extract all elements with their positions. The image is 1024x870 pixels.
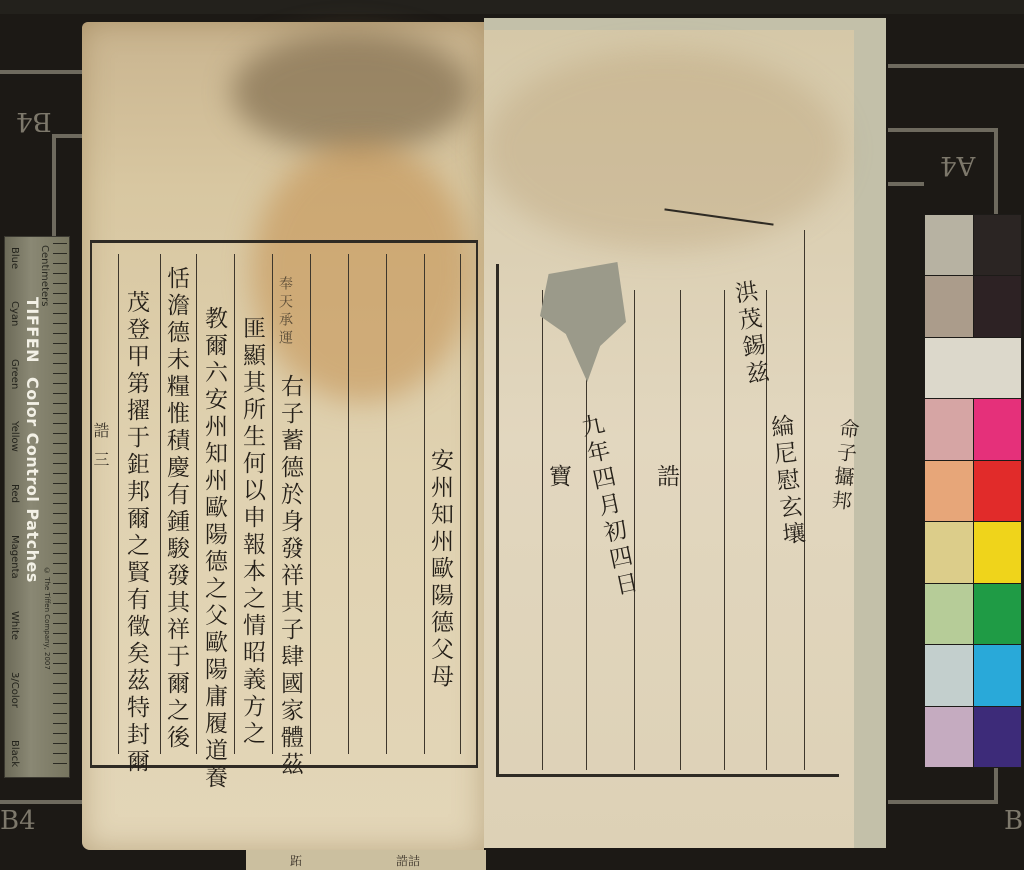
color-patch <box>974 707 1022 767</box>
ruler-label: Cyan <box>9 301 20 326</box>
color-patch <box>974 461 1022 521</box>
color-patch <box>925 584 973 644</box>
text-column: 安州知州歐陽德父母 <box>428 448 451 691</box>
color-patch <box>925 645 973 705</box>
frame-label-bottom-left: B4 <box>0 806 36 836</box>
column-rule <box>310 254 311 754</box>
column-rule <box>542 290 543 770</box>
guide-line <box>888 800 998 804</box>
guide-line <box>994 766 998 804</box>
column-rule <box>234 254 235 754</box>
color-patch <box>974 522 1022 582</box>
column-rule <box>424 254 425 754</box>
ruler-label: White <box>9 611 20 640</box>
frame-label-top-left: B4 <box>16 106 52 136</box>
text-column: 茂登甲第擢于鉅邦爾之賢有徵矣茲特封爾 <box>124 290 147 776</box>
color-patch <box>974 276 1022 336</box>
bottom-paper-strip: 跖 誥詰 <box>246 850 486 870</box>
color-patch <box>925 522 973 582</box>
ruler-color-labels: Blue Cyan Green Yellow Red Magenta White… <box>9 247 20 767</box>
ruler-label: Yellow <box>9 421 20 452</box>
ruler-ticks <box>53 243 67 771</box>
text-column: 匪顯其所生何以申報本之情昭義方之 <box>240 316 263 748</box>
water-stain <box>484 50 844 250</box>
ruler-label: Green <box>9 359 20 389</box>
column-rule <box>196 254 197 754</box>
text-column: 右子蓄德於身發祥其子肆國家體茲 <box>278 374 301 779</box>
guide-line <box>0 70 92 74</box>
guide-line <box>888 64 1024 68</box>
color-patch <box>925 461 973 521</box>
column-rule <box>348 254 349 754</box>
strip-fragment: 跖 <box>290 852 302 869</box>
color-patch <box>925 215 973 275</box>
color-patch <box>925 707 973 767</box>
text-column: 恬澹德未糧惟積慶有鍾駿發其祥于爾之後 <box>164 266 187 752</box>
margin-note: 誥 三 <box>92 422 108 471</box>
guide-line <box>994 128 998 218</box>
brand-title: Color Control Patches <box>23 377 42 583</box>
column-rule <box>118 254 119 754</box>
strip-fragment: 誥詰 <box>396 852 420 869</box>
text-column: 教爾六安州知州歐陽德之父歐陽庸履道養 <box>202 306 225 792</box>
text-column-edict: 誥 <box>654 464 677 491</box>
text-column-seal: 寶 <box>546 464 569 491</box>
ruler-brand: TIFFEN Color Control Patches <box>23 297 42 583</box>
column-rule <box>386 254 387 754</box>
left-page: 誥 三 茂登甲第擢于鉅邦爾之賢有徵矣茲特封爾 恬澹德未糧惟積慶有鍾駿發其祥于爾之… <box>82 22 484 850</box>
backing-board-top <box>0 0 1024 14</box>
ruler-label: Red <box>9 484 20 503</box>
column-rule <box>460 254 461 754</box>
ruler-label: Blue <box>9 247 20 269</box>
ruler-label: Black <box>9 740 20 767</box>
ruler-label: Magenta <box>9 535 20 579</box>
ruler-copyright: © The Tiffen Company, 2007 <box>43 567 51 670</box>
color-patch <box>974 645 1022 705</box>
color-patch <box>925 276 973 336</box>
guide-line <box>0 800 92 804</box>
header-fragment: 奉天承運 <box>278 276 292 348</box>
color-patch <box>925 338 1021 398</box>
column-rule <box>680 290 681 770</box>
frame-label-top-right: A4 <box>940 150 975 180</box>
color-patch <box>974 399 1022 459</box>
column-rule <box>634 290 635 770</box>
column-rule <box>804 230 805 770</box>
brand-name: TIFFEN <box>23 297 42 363</box>
color-calibration-chart <box>924 214 1022 768</box>
column-rule <box>724 290 725 770</box>
frame-label-bottom-right: B <box>1004 806 1023 836</box>
right-page: 寶 九年四月初四日 誥 洪茂錫兹 綸尼慰玄壤 命子攝邦 <box>484 18 886 848</box>
right-paper <box>484 30 854 848</box>
column-rule <box>272 254 273 754</box>
guide-line <box>888 128 998 132</box>
tiffen-ruler: Blue Cyan Green Yellow Red Magenta White… <box>4 236 70 778</box>
water-stain <box>232 32 472 152</box>
ruler-label: 3/Color <box>9 672 20 708</box>
column-rule <box>160 254 161 754</box>
color-patch <box>925 399 973 459</box>
color-patch <box>974 215 1022 275</box>
color-patch <box>974 584 1022 644</box>
guide-line <box>888 182 924 186</box>
